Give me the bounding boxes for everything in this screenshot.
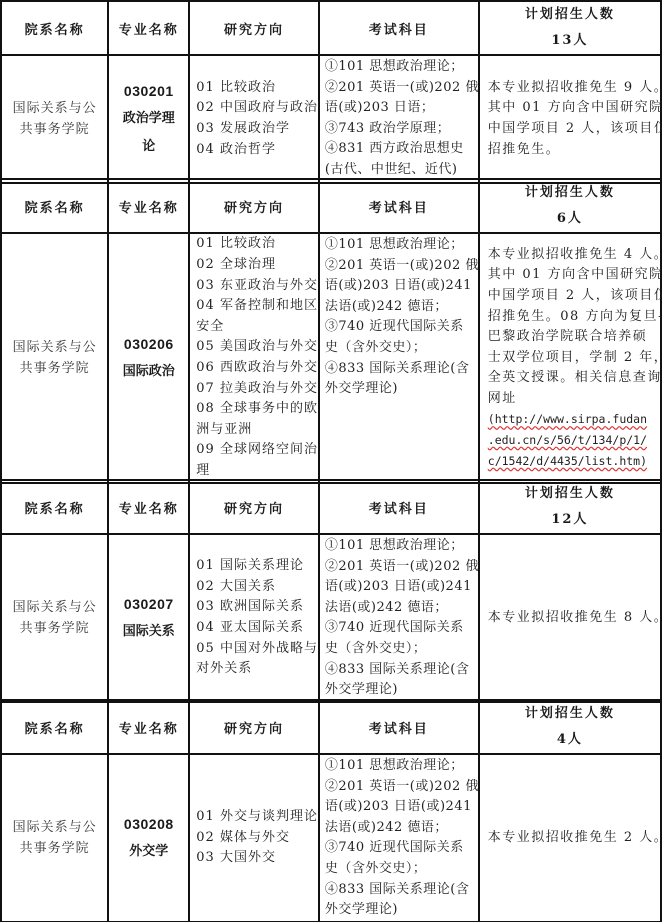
section-030208: 院系名称 专业名称 研究方向 考试科目 计划招生人数 4人 国际关系与公 共事务… [0,699,662,922]
exam-line: ③740 近现代国际关系 [325,838,478,859]
direction-item: 01 外交与谈判理论 [196,807,318,828]
note-line: 全英文授课。相关信息查询 [488,368,654,389]
header-plan: 计划招生人数 6人 [479,179,661,233]
dept-line: 国际关系与公 [2,817,107,838]
section-030206: 院系名称 专业名称 研究方向 考试科目 计划招生人数 6人 国际关系与公 共事务… [0,178,662,484]
header-major: 专业名称 [108,700,189,754]
exam-line: ①101 思想政治理论； [325,536,478,557]
dept-line: 国际关系与公 [2,597,107,618]
direction-item: 01 比较政治 [196,234,318,255]
header-row: 院系名称 专业名称 研究方向 考试科目 计划招生人数 6人 [1,179,661,233]
major-name: 外交学 [109,838,188,866]
exam-line: 法语(或)242 德语； [325,297,478,318]
note-line: 招推免生。08 方向为复旦— [488,307,654,328]
note-line: 本专业拟招收推免生 2 人。 [488,828,654,849]
major-cell: 030201 政治学理 论 [108,55,189,183]
exam-line: ③740 近现代国际关系 [325,618,478,639]
note-line: 其中 01 方向含中国研究院 [488,98,654,119]
exam-line: 史（含外交史）； [325,639,478,660]
plan-label: 计划招生人数 [480,701,660,727]
exam-line: 语(或)203 日语(或)241 [325,276,478,297]
header-major: 专业名称 [108,179,189,233]
header-dept: 院系名称 [1,1,108,55]
direction-item: 01 国际关系理论 [196,556,318,577]
exam-line: ④833 国际关系理论(含 [325,660,478,681]
direction-item: 03 大国外交 [196,848,318,869]
dept-cell: 国际关系与公 共事务学院 [1,233,108,483]
note-cell: 本专业拟招收推免生 2 人。 [479,754,661,922]
plan-label: 计划招生人数 [480,481,660,507]
note-line: 士双学位项目，学制 2 年， [488,348,654,369]
direction-item: 对外关系 [196,659,318,680]
exam-line: ②201 英语一(或)202 俄 [325,557,478,578]
major-cell: 030207 国际关系 [108,534,189,702]
header-plan: 计划招生人数 4人 [479,700,661,754]
note-line: 本专业拟招收推免生 8 人。 [488,608,654,629]
plan-label: 计划招生人数 [480,180,660,206]
directions-cell: 01 外交与谈判理论 02 媒体与外交 03 大国外交 [189,754,319,922]
dept-line: 共事务学院 [2,358,107,379]
note-cell: 本专业拟招收推免生 9 人。 其中 01 方向含中国研究院 中国学项目 2 人，… [479,55,661,183]
info-url-link[interactable]: .edu.cn/s/56/t/134/p/1/ [488,430,654,451]
header-exam: 考试科目 [319,179,479,233]
exam-line: 法语(或)242 德语； [325,818,478,839]
major-code: 030206 [109,330,188,358]
section-030207: 院系名称 专业名称 研究方向 考试科目 计划招生人数 12人 国际关系与公 共事… [0,479,662,703]
table-row: 国际关系与公 共事务学院 030207 国际关系 01 国际关系理论 02 大国… [1,534,661,702]
header-row: 院系名称 专业名称 研究方向 考试科目 计划招生人数 4人 [1,700,661,754]
table-row: 国际关系与公 共事务学院 030206 国际政治 01 比较政治 02 全球治理… [1,233,661,483]
directions-cell: 01 国际关系理论 02 大国关系 03 欧洲国际关系 04 亚太国际关系 05… [189,534,319,702]
header-plan: 计划招生人数 13人 [479,1,661,55]
exam-line: 外交学理论) [325,900,478,921]
direction-item: 02 中国政府与政治 [196,98,318,119]
dept-cell: 国际关系与公 共事务学院 [1,55,108,183]
header-row: 院系名称 专业名称 研究方向 考试科目 计划招生人数 12人 [1,480,661,534]
direction-item: 洲与亚洲 [196,420,318,441]
exam-line: ②201 英语一(或)202 俄 [325,777,478,798]
table-row: 国际关系与公 共事务学院 030201 政治学理 论 01 比较政治 02 中国… [1,55,661,183]
exam-line: ③740 近现代国际关系 [325,317,478,338]
header-plan: 计划招生人数 12人 [479,480,661,534]
note-line: 招推免生。 [488,140,654,161]
plan-count: 12人 [480,507,660,533]
exam-line: ③743 政治学原理； [325,119,478,140]
major-name: 政治学理 [109,105,188,133]
header-exam: 考试科目 [319,1,479,55]
plan-count: 6人 [480,206,660,232]
exam-line: 语(或)203 日语(或)241 [325,797,478,818]
direction-item: 05 美国政治与外交 [196,337,318,358]
note-line: 其中 01 方向含中国研究院 [488,265,654,286]
exam-line: ①101 思想政治理论； [325,235,478,256]
header-dept: 院系名称 [1,700,108,754]
direction-item: 03 发展政治学 [196,119,318,140]
exam-cell: ①101 思想政治理论； ②201 英语一(或)202 俄 语(或)203 日语… [319,55,479,183]
enrollment-table: 院系名称 专业名称 研究方向 考试科目 计划招生人数 12人 国际关系与公 共事… [0,479,662,703]
info-url-link[interactable]: c/1542/d/4435/list.htm) [488,451,654,472]
exam-line: ④833 国际关系理论(含 [325,359,478,380]
dept-cell: 国际关系与公 共事务学院 [1,534,108,702]
direction-item: 03 欧洲国际关系 [196,597,318,618]
dept-line: 国际关系与公 [2,98,107,119]
header-dept: 院系名称 [1,179,108,233]
note-line: 中国学项目 2 人，该项目仅 [488,119,654,140]
direction-item: 05 中国对外战略与 [196,639,318,660]
exam-line: 法语(或)242 德语； [325,598,478,619]
exam-line: ②201 英语一(或)202 俄 [325,256,478,277]
direction-item: 02 媒体与外交 [196,828,318,849]
directions-cell: 01 比较政治 02 全球治理 03 东亚政治与外交 04 军备控制和地区 安全… [189,233,319,483]
dept-line: 共事务学院 [2,618,107,639]
note-line: 中国学项目 2 人，该项目仅 [488,286,654,307]
header-exam: 考试科目 [319,700,479,754]
dept-line: 共事务学院 [2,119,107,140]
enrollment-table: 院系名称 专业名称 研究方向 考试科目 计划招生人数 6人 国际关系与公 共事务… [0,178,662,484]
dept-line: 共事务学院 [2,838,107,859]
direction-item: 06 西欧政治与外交 [196,358,318,379]
direction-item: 04 亚太国际关系 [196,618,318,639]
plan-count: 13人 [480,28,660,54]
header-major: 专业名称 [108,1,189,55]
direction-item: 01 比较政治 [196,78,318,99]
direction-item: 02 全球治理 [196,255,318,276]
major-cell: 030206 国际政治 [108,233,189,483]
directions-cell: 01 比较政治 02 中国政府与政治 03 发展政治学 04 政治哲学 [189,55,319,183]
exam-line: 史（含外交史）； [325,859,478,880]
enrollment-table: 院系名称 专业名称 研究方向 考试科目 计划招生人数 4人 国际关系与公 共事务… [0,699,662,922]
direction-item: 04 军备控制和地区 [196,296,318,317]
header-direction: 研究方向 [189,700,319,754]
plan-label: 计划招生人数 [480,2,660,28]
exam-line: ①101 思想政治理论； [325,756,478,777]
direction-item: 03 东亚政治与外交 [196,276,318,297]
direction-item: 09 全球网络空间治 [196,440,318,461]
note-line: 本专业拟招收推免生 9 人。 [488,78,654,99]
header-direction: 研究方向 [189,179,319,233]
major-code: 030201 [109,77,188,105]
exam-line: 外交学理论) [325,379,478,400]
enrollment-table: 院系名称 专业名称 研究方向 考试科目 计划招生人数 13人 国际关系与公 共事… [0,0,662,184]
major-name: 论 [109,133,188,161]
header-exam: 考试科目 [319,480,479,534]
exam-line: ①101 思想政治理论； [325,57,478,78]
header-dept: 院系名称 [1,480,108,534]
direction-item: 08 全球事务中的欧 [196,399,318,420]
direction-item: 04 政治哲学 [196,140,318,161]
exam-line: 史（含外交史）； [325,338,478,359]
header-direction: 研究方向 [189,480,319,534]
direction-item: 07 拉美政治与外交 [196,379,318,400]
dept-line: 国际关系与公 [2,337,107,358]
exam-line: 语(或)203 日语； [325,98,478,119]
dept-cell: 国际关系与公 共事务学院 [1,754,108,922]
note-cell: 本专业拟招收推免生 8 人。 [479,534,661,702]
exam-line: ④831 西方政治思想史 [325,139,478,160]
exam-cell: ①101 思想政治理论； ②201 英语一(或)202 俄 语(或)203 日语… [319,233,479,483]
exam-line: 外交学理论) [325,680,478,701]
exam-cell: ①101 思想政治理论； ②201 英语一(或)202 俄 语(或)203 日语… [319,534,479,702]
section-030201: 院系名称 专业名称 研究方向 考试科目 计划招生人数 13人 国际关系与公 共事… [0,0,662,184]
exam-line: ④833 国际关系理论(含 [325,880,478,901]
note-line: 本专业拟招收推免生 4 人。 [488,245,654,266]
header-major: 专业名称 [108,480,189,534]
major-code: 030208 [109,810,188,838]
major-name: 国际关系 [109,618,188,646]
major-name: 国际政治 [109,358,188,386]
table-row: 国际关系与公 共事务学院 030208 外交学 01 外交与谈判理论 02 媒体… [1,754,661,922]
note-cell: 本专业拟招收推免生 4 人。 其中 01 方向含中国研究院 中国学项目 2 人，… [479,233,661,483]
major-cell: 030208 外交学 [108,754,189,922]
exam-line: ②201 英语一(或)202 俄 [325,78,478,99]
exam-cell: ①101 思想政治理论； ②201 英语一(或)202 俄 语(或)203 日语… [319,754,479,922]
exam-line: 语(或)203 日语(或)241 [325,577,478,598]
direction-item: 安全 [196,317,318,338]
note-line: 巴黎政治学院联合培养硕 [488,327,654,348]
info-url-link[interactable]: (http://www.sirpa.fudan [488,409,654,430]
note-line: 网址 [488,389,654,410]
header-direction: 研究方向 [189,1,319,55]
direction-item: 02 大国关系 [196,577,318,598]
plan-count: 4人 [480,727,660,753]
header-row: 院系名称 专业名称 研究方向 考试科目 计划招生人数 13人 [1,1,661,55]
major-code: 030207 [109,590,188,618]
